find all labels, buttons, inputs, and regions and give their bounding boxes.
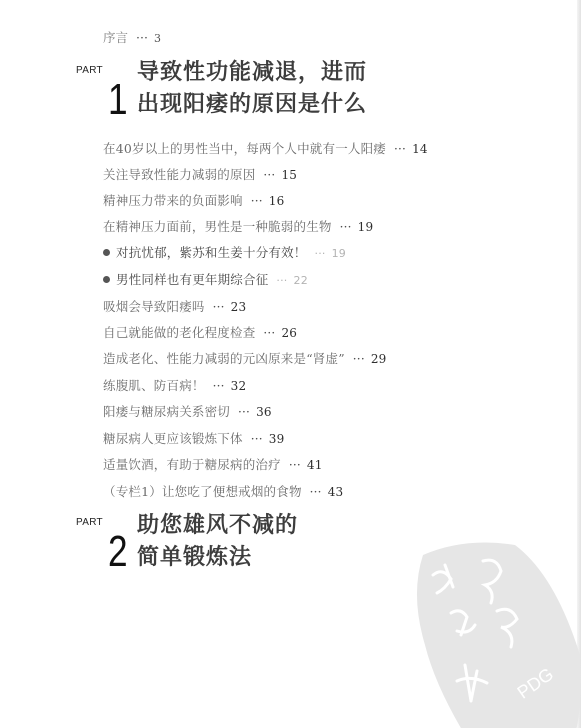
entry-page-number: 29 [371, 352, 387, 366]
toc-entry[interactable]: 关注导致性能力减弱的原因···15 [103, 167, 297, 183]
entry-leader: ··· [340, 220, 352, 234]
toc-entry[interactable]: 造成老化、性能力减弱的元凶原来是“肾虚”···29 [103, 351, 387, 367]
entry-page-number: 3 [154, 32, 161, 45]
entry-page-number: 16 [269, 194, 285, 208]
toc-page: 序言···3 PART 1 导致性功能减退，进而 出现阳痿的原因是什么 在40岁… [0, 0, 581, 728]
entry-page-number: 15 [281, 168, 297, 182]
entry-title: 序言 [103, 30, 128, 45]
entry-page-number: 26 [281, 326, 297, 340]
entry-leader: ··· [353, 352, 365, 366]
toc-entry[interactable]: 糖尿病人更应该锻炼下体···39 [103, 431, 284, 447]
entry-page-number: 19 [358, 220, 374, 234]
entry-leader: ··· [394, 142, 406, 156]
entry-page-number: 39 [269, 432, 285, 446]
entry-page-number: 23 [231, 300, 247, 314]
part-1-number: 1 [108, 78, 128, 122]
toc-entry[interactable]: 自己就能做的老化程度检查···26 [103, 325, 297, 341]
entry-leader: ··· [136, 30, 148, 45]
entry-leader: ··· [213, 379, 225, 393]
entry-title: 关注导致性能力减弱的原因 [103, 167, 255, 182]
entry-title: 适量饮酒，有助于糖尿病的治疗 [103, 457, 281, 472]
toc-entry-preface[interactable]: 序言···3 [103, 28, 161, 46]
entry-leader: ··· [251, 194, 263, 208]
entry-leader: ··· [276, 274, 287, 287]
entry-title: 糖尿病人更应该锻炼下体 [103, 431, 243, 446]
entry-page-number: 43 [328, 485, 344, 499]
bullet-icon [103, 276, 110, 283]
entry-leader: ··· [315, 247, 326, 260]
entry-title: 精神压力带来的负面影响 [103, 193, 243, 208]
toc-entry[interactable]: 吸烟会导致阳痿吗···23 [103, 299, 246, 315]
entry-page-number: 32 [231, 379, 247, 393]
toc-entry[interactable]: 阳痿与糖尿病关系密切···36 [103, 404, 272, 420]
part-1-title-line-2: 出现阳痿的原因是什么 [137, 90, 367, 120]
entry-leader: ··· [310, 485, 322, 499]
toc-entry[interactable]: 练腹肌、防百病！···32 [103, 378, 246, 394]
entry-title: 自己就能做的老化程度检查 [103, 325, 255, 340]
entry-title: 在精神压力面前，男性是一种脆弱的生物 [103, 219, 332, 234]
entry-title: 吸烟会导致阳痿吗 [103, 299, 205, 314]
part-2-title-line-2: 简单锻炼法 [137, 543, 252, 573]
toc-entry[interactable]: 在40岁以上的男性当中，每两个人中就有一人阳痿···14 [103, 141, 428, 157]
toc-entry[interactable]: （专栏1）让您吃了便想戒烟的食物···43 [103, 484, 343, 500]
part-2-number: 2 [108, 530, 128, 574]
part-1-title-line-1: 导致性功能减退，进而 [137, 58, 367, 88]
entry-title: 男性同样也有更年期综合征 [116, 272, 268, 287]
entry-page-number: 41 [307, 458, 323, 472]
entry-title: 造成老化、性能力减弱的元凶原来是“肾虚” [103, 351, 345, 366]
part-2-label: PART [76, 517, 103, 528]
toc-subentry[interactable]: 对抗忧郁，紫苏和生姜十分有效！···19 [103, 245, 346, 262]
entry-title: 阳痿与糖尿病关系密切 [103, 404, 230, 419]
entry-page-number: 36 [256, 405, 272, 419]
part-2-title-line-1: 助您雄风不减的 [137, 511, 298, 541]
toc-entry[interactable]: 适量饮酒，有助于糖尿病的治疗···41 [103, 457, 323, 473]
entry-leader: ··· [263, 168, 275, 182]
pdg-watermark-seal-icon: PDG [405, 535, 581, 728]
entry-leader: ··· [263, 326, 275, 340]
part-1-label: PART [76, 65, 103, 76]
toc-entry[interactable]: 精神压力带来的负面影响···16 [103, 193, 284, 209]
entry-leader: ··· [238, 405, 250, 419]
toc-subentry[interactable]: 男性同样也有更年期综合征···22 [103, 272, 308, 289]
bullet-icon [103, 249, 110, 256]
entry-title: 对抗忧郁，紫苏和生姜十分有效！ [116, 245, 307, 260]
entry-leader: ··· [213, 300, 225, 314]
entry-page-number: 19 [332, 247, 346, 260]
entry-page-number: 14 [412, 142, 428, 156]
toc-entry[interactable]: 在精神压力面前，男性是一种脆弱的生物···19 [103, 219, 373, 235]
entry-title: 练腹肌、防百病！ [103, 378, 205, 393]
entry-leader: ··· [251, 432, 263, 446]
entry-leader: ··· [289, 458, 301, 472]
entry-title: （专栏1）让您吃了便想戒烟的食物 [103, 484, 302, 499]
entry-title: 在40岁以上的男性当中，每两个人中就有一人阳痿 [103, 141, 386, 156]
entry-page-number: 22 [294, 274, 308, 287]
